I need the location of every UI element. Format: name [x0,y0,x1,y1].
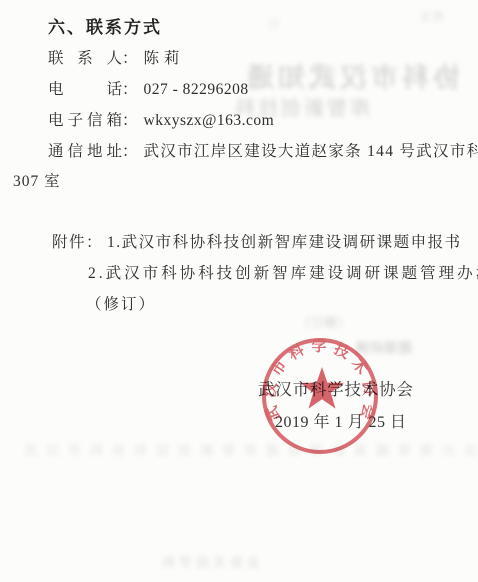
attachment-line-1: 附件：1.武汉市科协科技创新智库建设调研课题申报书 [52,230,462,252]
label-colon: ： [122,77,138,99]
label-colon: ： [122,46,138,68]
bleedthrough-ghost-text: 会协术技学科 [158,552,260,571]
bleedthrough-ghost-text: 协科市汉武知通 [243,56,460,95]
label-colon: ： [122,108,138,130]
contact-label: 电话 [48,77,122,99]
contact-label: 联系人 [48,46,122,68]
attachment-line-2: 2.武汉市科协科技创新智库建设调研课题管理办法 [88,261,478,283]
bleedthrough-ghost-text: 法办理管题课研调设建库智新创技科协科市汉武 [15,440,477,459]
bleedthrough-ghost-text: 件文 [420,8,444,25]
attachment-label: 附件： [52,234,103,251]
contact-row-person: 联系人：陈 莉 [48,46,180,68]
bleedthrough-ghost-text: （修订） [298,312,350,331]
signature-org-name: 武汉市科学技术协会 [258,376,414,400]
contact-person-value: 陈 莉 [144,50,180,67]
contact-row-address: 通信地址：武汉市江岸区建设大道赵家条 144 号武汉市科协 [48,139,478,161]
contact-label: 通信地址 [48,139,122,161]
bleedthrough-ghost-text: 题课研调 [356,338,412,358]
contact-label: 电子信箱 [48,108,122,130]
contact-row-phone: 电话：027 - 82296208 [48,77,249,99]
signature-date: 2019 年 1 月 25 日 [275,409,407,432]
contact-address-wrap-line: 307 室 [13,169,61,191]
contact-row-email: 电子信箱：wkxyszx@163.com [48,108,274,130]
bleedthrough-ghost-text: 记 [268,15,280,32]
attachment-item-1: 1.武汉市科协科技创新智库建设调研课题申报书 [107,234,462,251]
attachment-line-3: （修订） [86,292,156,314]
label-colon: ： [122,139,138,161]
section-heading: 六、联系方式 [48,13,162,38]
contact-phone-value: 027 - 82296208 [144,81,249,98]
document-page: 协科市汉武知通 库智新创技科 （修订） 题课研调 件文 法办理管题课研调设建库智… [0,0,478,582]
contact-email-value: wkxyszx@163.com [144,112,275,129]
attachment-item-2: 2.武汉市科协科技创新智库建设调研课题管理办法 [88,265,478,282]
attachment-item-2-cont: （修订） [86,296,156,313]
contact-address-value: 武汉市江岸区建设大道赵家条 144 号武汉市科协 [144,143,478,160]
